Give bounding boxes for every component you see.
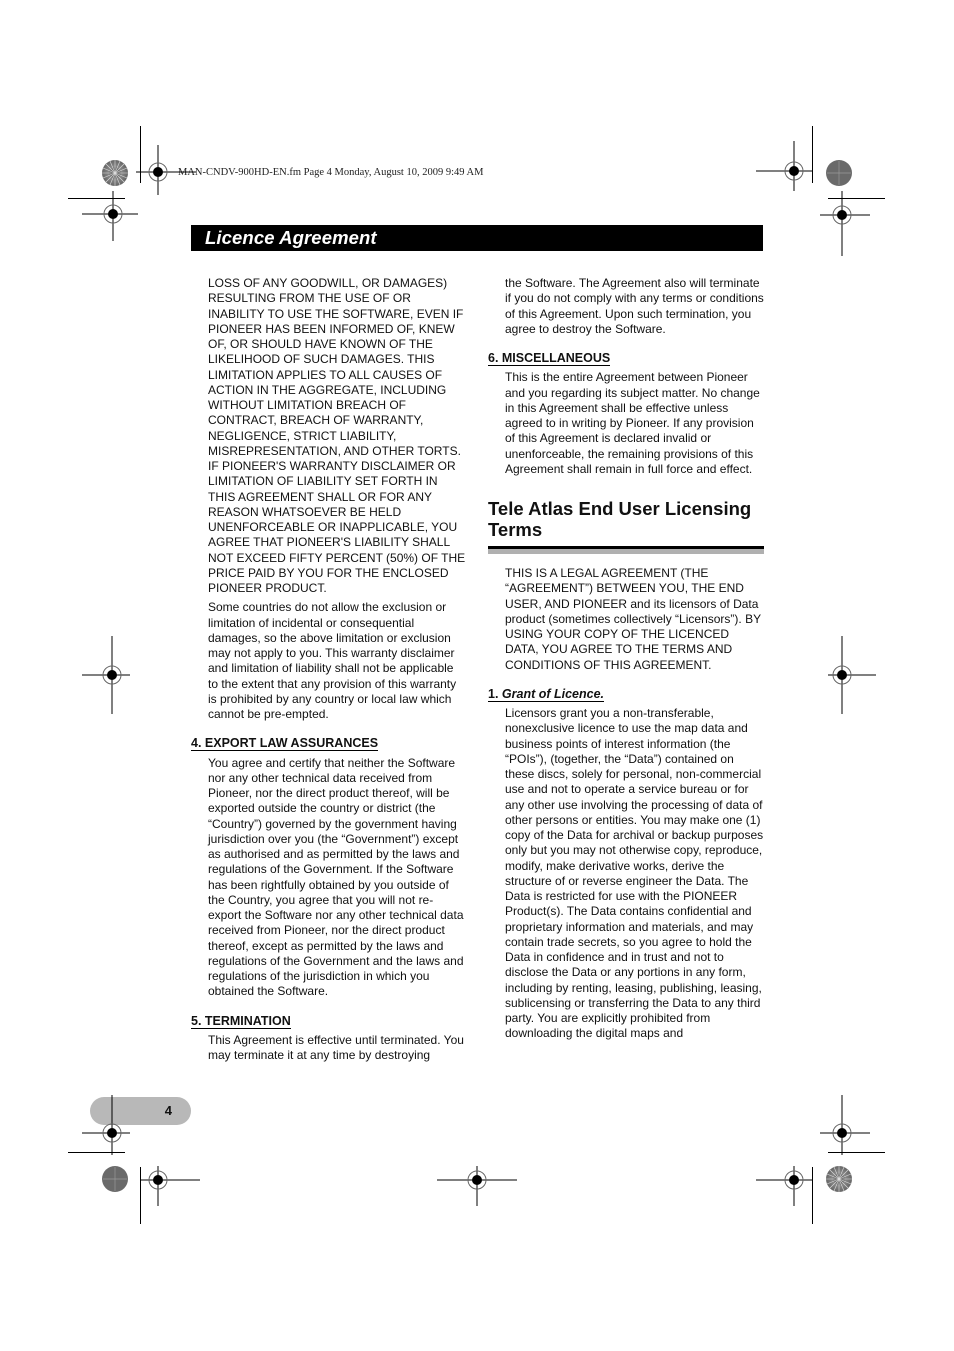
registration-mark-icon	[136, 145, 196, 195]
grant-heading-number: 1.	[488, 687, 502, 701]
registration-mark-icon	[756, 1166, 812, 1206]
liability-paragraph: LOSS OF ANY GOODWILL, OR DAMAGES) RESULT…	[208, 276, 466, 596]
heading-band	[488, 549, 764, 554]
registration-mark-icon	[820, 191, 870, 256]
tele-atlas-intro-paragraph: THIS IS A LEGAL AGREEMENT (THE “AGREEMEN…	[505, 566, 764, 673]
termination-paragraph: This Agreement is effective until termin…	[208, 1033, 466, 1064]
calibration-disc-icon	[825, 159, 853, 187]
termination-continued-paragraph: the Software. The Agreement also will te…	[505, 276, 764, 337]
tele-atlas-heading: Tele Atlas End User Licensing Terms	[488, 498, 764, 540]
section-heading-export: 4. EXPORT LAW ASSURANCES	[191, 736, 378, 751]
page-title: Licence Agreement	[205, 227, 377, 249]
file-header: MAN-CNDV-900HD-EN.fm Page 4 Monday, Augu…	[178, 167, 483, 178]
registration-mark-icon	[82, 1095, 132, 1155]
crop-line	[812, 126, 813, 183]
calibration-disc-icon	[101, 1165, 129, 1193]
exclusion-paragraph: Some countries do not allow the exclusio…	[208, 600, 466, 722]
registration-mark-icon	[82, 636, 146, 714]
registration-mark-icon	[82, 191, 138, 241]
registration-mark-icon	[140, 1166, 200, 1206]
grant-heading-title: Grant of Licence.	[502, 687, 604, 701]
export-paragraph: You agree and certify that neither the S…	[208, 756, 466, 1000]
section-heading-termination: 5. TERMINATION	[191, 1014, 291, 1029]
registration-mark-icon	[437, 1166, 517, 1206]
grant-paragraph: Licensors grant you a non-transferable, …	[505, 706, 764, 1042]
section-heading-grant: 1. Grant of Licence.	[488, 687, 604, 702]
section-heading-miscellaneous: 6. MISCELLANEOUS	[488, 351, 610, 366]
calibration-disc-icon	[101, 159, 129, 187]
title-bar: Licence Agreement	[191, 225, 763, 251]
registration-mark-icon	[820, 1095, 870, 1155]
crop-line	[812, 1167, 813, 1224]
registration-mark-icon	[756, 141, 812, 191]
right-column: the Software. The Agreement also will te…	[488, 276, 764, 1042]
calibration-disc-icon	[825, 1165, 853, 1193]
left-column: LOSS OF ANY GOODWILL, OR DAMAGES) RESULT…	[191, 276, 466, 1063]
miscellaneous-paragraph: This is the entire Agreement between Pio…	[505, 370, 764, 477]
registration-mark-icon	[812, 636, 876, 714]
page-number: 4	[165, 1103, 172, 1118]
